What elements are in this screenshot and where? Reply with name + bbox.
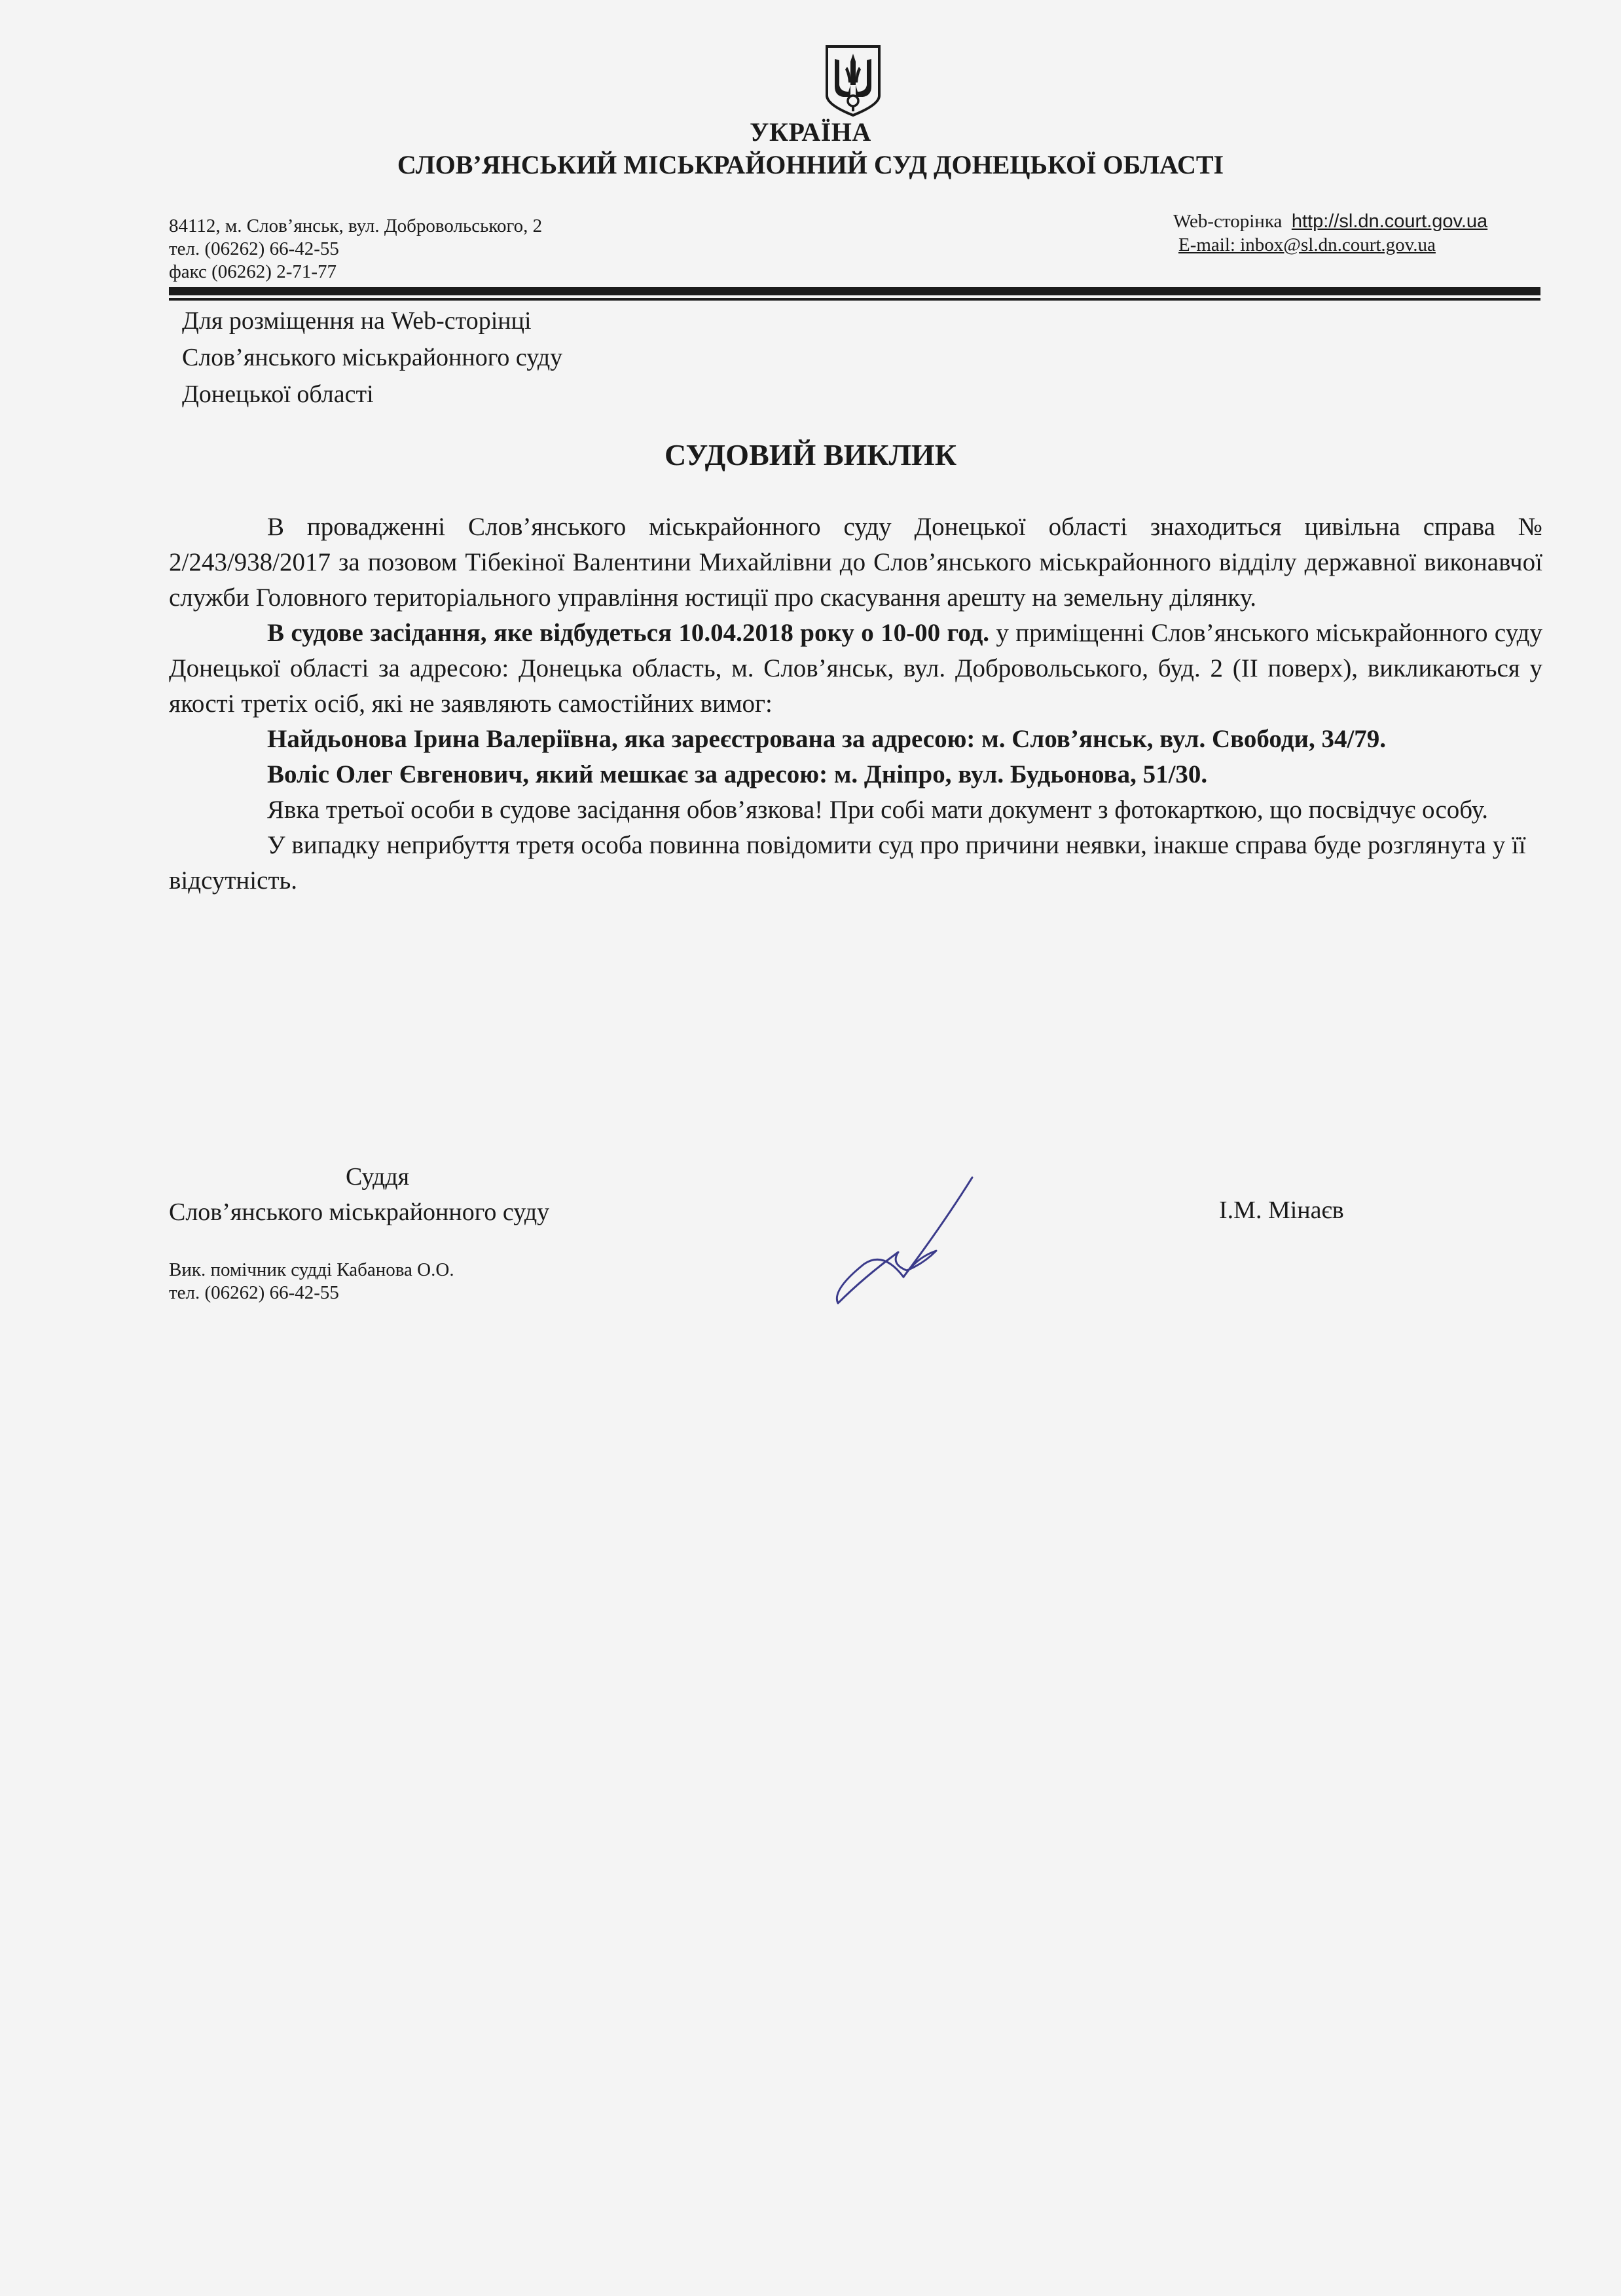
person-2-text: Воліс Олег Євгенович, який мешкає за адр… — [267, 760, 1207, 788]
attendance-paragraph: Явка третьої особи в судове засідання об… — [169, 792, 1542, 828]
court-phone: тел. (06262) 66-42-55 — [169, 238, 542, 261]
document-body: В провадженні Слов’янського міськрайонно… — [169, 509, 1542, 898]
summoned-person-1: Найдьонова Ірина Валеріївна, яка зареєст… — [169, 722, 1542, 757]
placement-line-2: Слов’янського міськрайонного суду — [182, 339, 562, 376]
signatory-role: Суддя — [169, 1159, 549, 1194]
court-contacts: 84112, м. Слов’янськ, вул. Добровольсько… — [169, 215, 542, 284]
placement-note: Для розміщення на Web-сторінці Слов’янсь… — [182, 303, 562, 413]
hearing-date-time: В судове засідання, яке відбудеться 10.0… — [267, 619, 989, 647]
signatory-title: Суддя Слов’янського міськрайонного суду — [169, 1159, 549, 1230]
document-title: СУДОВИЙ ВИКЛИК — [0, 437, 1621, 472]
person-1-text: Найдьонова Ірина Валеріївна, яка зареєст… — [267, 725, 1386, 753]
trident-coat-of-arms-icon — [824, 45, 883, 118]
assistant-phone: тел. (06262) 66-42-55 — [169, 1282, 454, 1305]
handwritten-signature-icon — [825, 1172, 982, 1310]
assistant-name: Вик. помічник судді Кабанова О.О. — [169, 1259, 454, 1282]
placement-line-3: Донецької області — [182, 376, 562, 413]
header-divider-thin — [169, 298, 1540, 301]
absence-paragraph: У випадку неприбуття третя особа повинна… — [169, 828, 1542, 898]
hearing-paragraph: В судове засідання, яке відбудеться 10.0… — [169, 616, 1542, 722]
court-address: 84112, м. Слов’янськ, вул. Добровольсько… — [169, 215, 542, 238]
header-divider-thick — [169, 287, 1540, 295]
country-heading: УКРАЇНА — [0, 117, 1621, 147]
assistant-info: Вик. помічник судді Кабанова О.О. тел. (… — [169, 1259, 454, 1305]
court-fax: факс (06262) 2-71-77 — [169, 261, 542, 284]
signatory-court: Слов’янського міськрайонного суду — [169, 1198, 549, 1226]
summoned-person-2: Воліс Олег Євгенович, який мешкає за адр… — [169, 757, 1542, 792]
placement-line-1: Для розміщення на Web-сторінці — [182, 303, 562, 339]
court-name-heading: СЛОВ’ЯНСЬКИЙ МІСЬКРАЙОННИЙ СУД ДОНЕЦЬКОЇ… — [0, 149, 1621, 180]
web-label: Web-сторінка — [1173, 211, 1282, 232]
court-online-contacts: Web-сторінка http://sl.dn.court.gov.ua E… — [1173, 210, 1487, 257]
website-link[interactable]: http://sl.dn.court.gov.ua — [1292, 211, 1487, 232]
email-link[interactable]: E-mail: inbox@sl.dn.court.gov.ua — [1173, 233, 1487, 257]
web-line: Web-сторінка http://sl.dn.court.gov.ua — [1173, 210, 1487, 233]
case-paragraph: В провадженні Слов’янського міськрайонно… — [169, 509, 1542, 616]
judge-name: І.М. Мінаєв — [1219, 1196, 1344, 1225]
